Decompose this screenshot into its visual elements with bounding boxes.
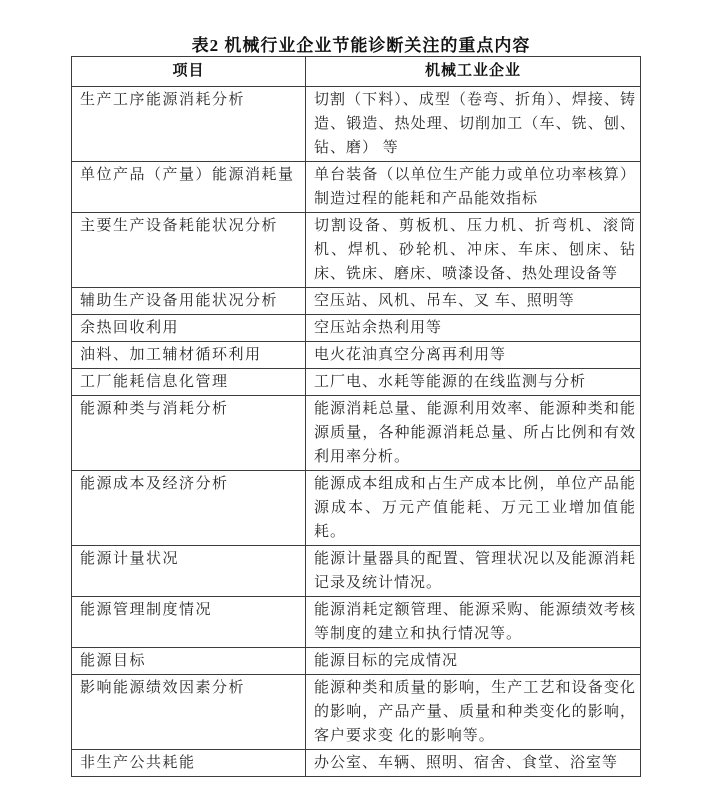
table-row: 能源种类与消耗分析 能源消耗总量、能源利用效率、能源种类和能源质量，各种能源消耗… bbox=[72, 396, 641, 471]
detail-cell: 能源种类和质量的影响，生产工艺和设备变化的影响，产品产量、质量和种类变化的影响，… bbox=[306, 675, 641, 750]
detail-cell: 工厂电、水耗等能源的在线监测与分析 bbox=[306, 369, 641, 396]
item-cell: 单位产品（产量）能源消耗量 bbox=[72, 162, 306, 213]
detail-cell: 能源消耗总量、能源利用效率、能源种类和能源质量，各种能源消耗总量、所占比例和有效… bbox=[306, 396, 641, 471]
table-row: 能源管理制度情况 能源消耗定额管理、能源采购、能源绩效考核等制度的建立和执行情况… bbox=[72, 597, 641, 648]
column-header-enterprise: 机械工业企业 bbox=[306, 57, 641, 87]
table-row: 工厂能耗信息化管理 工厂电、水耗等能源的在线监测与分析 bbox=[72, 369, 641, 396]
detail-cell: 能源计量器具的配置、管理状况以及能源消耗记录及统计情况。 bbox=[306, 546, 641, 597]
content-table: 项目 机械工业企业 生产工序能源消耗分析 切割（下料）、成型（卷弯、折角）、焊接… bbox=[71, 56, 641, 777]
table-row: 油料、加工辅材循环利用 电火花油真空分离再利用等 bbox=[72, 342, 641, 369]
table-row: 余热回收利用 空压站余热利用等 bbox=[72, 315, 641, 342]
detail-cell: 单台装备（以单位生产能力或单位功率核算）制造过程的能耗和产品能效指标 bbox=[306, 162, 641, 213]
detail-cell: 切割设备、剪板机、压力机、折弯机、滚筒机、焊机、砂轮机、冲床、车床、刨床、钻床、… bbox=[306, 213, 641, 288]
page-title: 表2 机械行业企业节能诊断关注的重点内容 bbox=[0, 31, 722, 56]
detail-cell: 能源成本组成和占生产成本比例，单位产品能源成本、万元产值能耗、万元工业增加值能耗… bbox=[306, 471, 641, 546]
item-cell: 余热回收利用 bbox=[72, 315, 306, 342]
detail-cell: 能源目标的完成情况 bbox=[306, 648, 641, 675]
item-cell: 能源成本及经济分析 bbox=[72, 471, 306, 546]
column-header-item: 项目 bbox=[72, 57, 306, 87]
item-cell: 辅助生产设备用能状况分析 bbox=[72, 288, 306, 315]
item-cell: 能源种类与消耗分析 bbox=[72, 396, 306, 471]
detail-cell: 切割（下料）、成型（卷弯、折角）、焊接、铸造、锻造、热处理、切削加工（车、铣、刨… bbox=[306, 87, 641, 162]
item-cell: 非生产公共耗能 bbox=[72, 750, 306, 777]
detail-cell: 空压站、风机、吊车、叉 车、照明等 bbox=[306, 288, 641, 315]
table-row: 辅助生产设备用能状况分析 空压站、风机、吊车、叉 车、照明等 bbox=[72, 288, 641, 315]
document-page: 表2 机械行业企业节能诊断关注的重点内容 项目 机械工业企业 生产工序能源消耗分… bbox=[0, 0, 722, 803]
detail-cell: 电火花油真空分离再利用等 bbox=[306, 342, 641, 369]
item-cell: 油料、加工辅材循环利用 bbox=[72, 342, 306, 369]
item-cell: 工厂能耗信息化管理 bbox=[72, 369, 306, 396]
table-row: 能源成本及经济分析 能源成本组成和占生产成本比例，单位产品能源成本、万元产值能耗… bbox=[72, 471, 641, 546]
detail-cell: 空压站余热利用等 bbox=[306, 315, 641, 342]
item-cell: 能源管理制度情况 bbox=[72, 597, 306, 648]
item-cell: 影响能源绩效因素分析 bbox=[72, 675, 306, 750]
table-row: 影响能源绩效因素分析 能源种类和质量的影响，生产工艺和设备变化的影响，产品产量、… bbox=[72, 675, 641, 750]
item-cell: 生产工序能源消耗分析 bbox=[72, 87, 306, 162]
table-row: 主要生产设备耗能状况分析 切割设备、剪板机、压力机、折弯机、滚筒机、焊机、砂轮机… bbox=[72, 213, 641, 288]
header-row: 项目 机械工业企业 bbox=[72, 57, 641, 87]
table-row: 能源目标 能源目标的完成情况 bbox=[72, 648, 641, 675]
detail-cell: 能源消耗定额管理、能源采购、能源绩效考核等制度的建立和执行情况等。 bbox=[306, 597, 641, 648]
item-cell: 主要生产设备耗能状况分析 bbox=[72, 213, 306, 288]
item-cell: 能源目标 bbox=[72, 648, 306, 675]
table-row: 生产工序能源消耗分析 切割（下料）、成型（卷弯、折角）、焊接、铸造、锻造、热处理… bbox=[72, 87, 641, 162]
detail-cell: 办公室、车辆、照明、宿舍、食堂、浴室等 bbox=[306, 750, 641, 777]
table-row: 非生产公共耗能 办公室、车辆、照明、宿舍、食堂、浴室等 bbox=[72, 750, 641, 777]
item-cell: 能源计量状况 bbox=[72, 546, 306, 597]
table-row: 单位产品（产量）能源消耗量 单台装备（以单位生产能力或单位功率核算）制造过程的能… bbox=[72, 162, 641, 213]
table-row: 能源计量状况 能源计量器具的配置、管理状况以及能源消耗记录及统计情况。 bbox=[72, 546, 641, 597]
